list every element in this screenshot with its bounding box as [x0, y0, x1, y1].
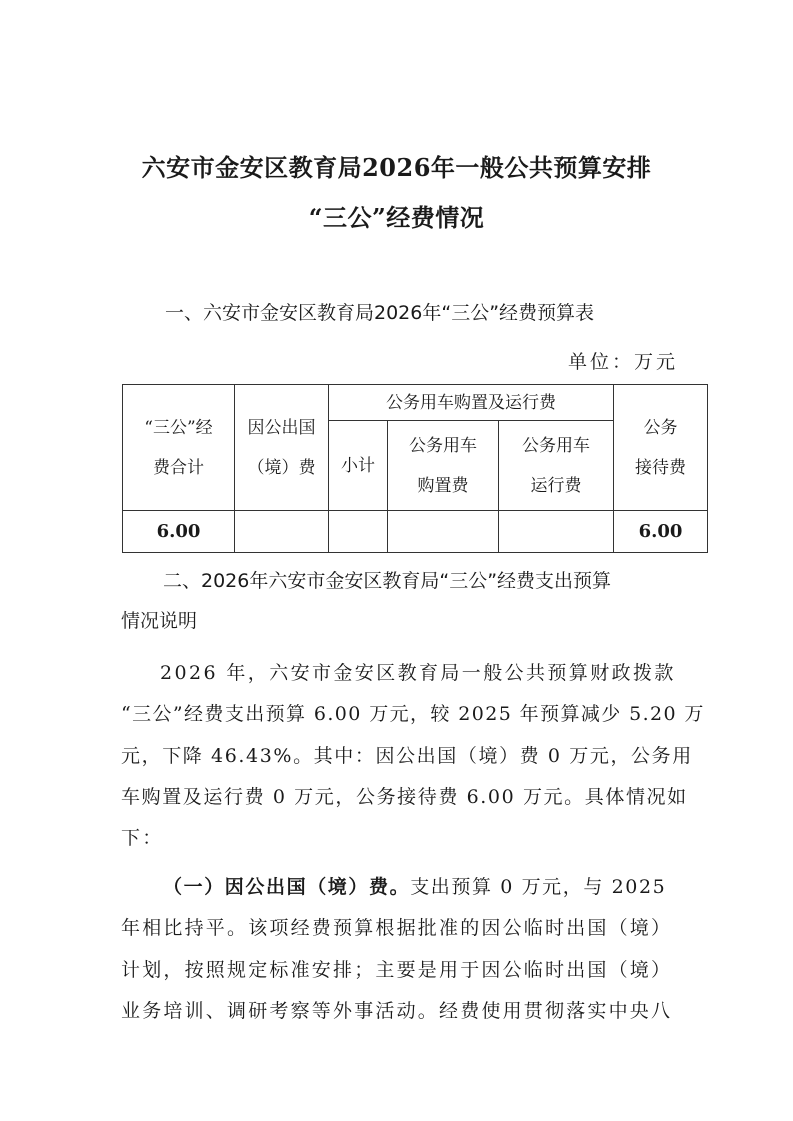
paragraph-2-line-1-rest: 支出预算 0 万元，与 2025 — [410, 876, 666, 898]
table-row: 6.00 6.00 — [123, 511, 708, 553]
cell-vehicle-operation — [499, 511, 614, 553]
header-vehicle-group: 公务用车购置及运行费 — [329, 385, 614, 421]
header-vehicle-operation-line2: 运行费 — [499, 466, 613, 506]
header-reception-line2: 接待费 — [614, 448, 707, 488]
cell-overseas — [235, 511, 329, 553]
three-public-budget-table: “三公”经 费合计 因公出国 （境）费 公务用车购置及运行费 公务 接待费 小计… — [122, 384, 708, 553]
paragraph-2-bold-lead: （一）因公出国（境）费。 — [163, 876, 410, 898]
header-overseas-line2: （境）费 — [235, 448, 328, 488]
document-title-line-2: “三公”经费情况 — [0, 198, 793, 233]
cell-total: 6.00 — [123, 511, 235, 553]
header-total: “三公”经 费合计 — [123, 385, 235, 511]
document-title-line-1: 六安市金安区教育局2026年一般公共预算安排 — [0, 148, 793, 183]
section-2-heading-line-2: 情况说明 — [121, 606, 197, 633]
paragraph-1-line-1: 2026 年，六安市金安区教育局一般公共预算财政拨款 — [160, 658, 676, 685]
header-overseas: 因公出国 （境）费 — [235, 385, 329, 511]
paragraph-1-line-4: 车购置及运行费 0 万元，公务接待费 6.00 万元。具体情况如 — [121, 782, 688, 809]
cell-reception: 6.00 — [614, 511, 708, 553]
header-vehicle-purchase: 公务用车 购置费 — [388, 421, 499, 511]
header-vehicle-subtotal: 小计 — [329, 421, 388, 511]
section-1-heading: 一、六安市金安区教育局2026年“三公”经费预算表 — [165, 298, 594, 325]
cell-vehicle-purchase — [388, 511, 499, 553]
section-2-heading-line-1: 二、2026年六安市金安区教育局“三公”经费支出预算 — [163, 566, 611, 593]
unit-label: 单位：万元 — [568, 347, 678, 374]
paragraph-2-line-1: （一）因公出国（境）费。支出预算 0 万元，与 2025 — [163, 872, 666, 899]
header-reception: 公务 接待费 — [614, 385, 708, 511]
header-vehicle-purchase-line2: 购置费 — [388, 466, 498, 506]
header-vehicle-purchase-line1: 公务用车 — [388, 426, 498, 466]
cell-vehicle-subtotal — [329, 511, 388, 553]
header-total-line1: “三公”经 — [123, 408, 234, 448]
paragraph-1-line-3: 元，下降 46.43%。其中：因公出国（境）费 0 万元，公务用 — [121, 741, 693, 768]
header-reception-line1: 公务 — [614, 408, 707, 448]
paragraph-2-line-3: 计划，按照规定标准安排；主要是用于因公临时出国（境） — [121, 955, 672, 982]
paragraph-2-line-4: 业务培训、调研考察等外事活动。经费使用贯彻落实中央八 — [121, 996, 672, 1023]
paragraph-1-line-2: “三公”经费支出预算 6.00 万元，较 2025 年预算减少 5.20 万 — [121, 699, 705, 726]
header-overseas-line1: 因公出国 — [235, 408, 328, 448]
paragraph-2-line-2: 年相比持平。该项经费预算根据批准的因公临时出国（境） — [121, 913, 672, 940]
header-total-line2: 费合计 — [123, 448, 234, 488]
paragraph-1-line-5: 下： — [121, 823, 163, 850]
header-vehicle-operation-line1: 公务用车 — [499, 426, 613, 466]
header-vehicle-operation: 公务用车 运行费 — [499, 421, 614, 511]
